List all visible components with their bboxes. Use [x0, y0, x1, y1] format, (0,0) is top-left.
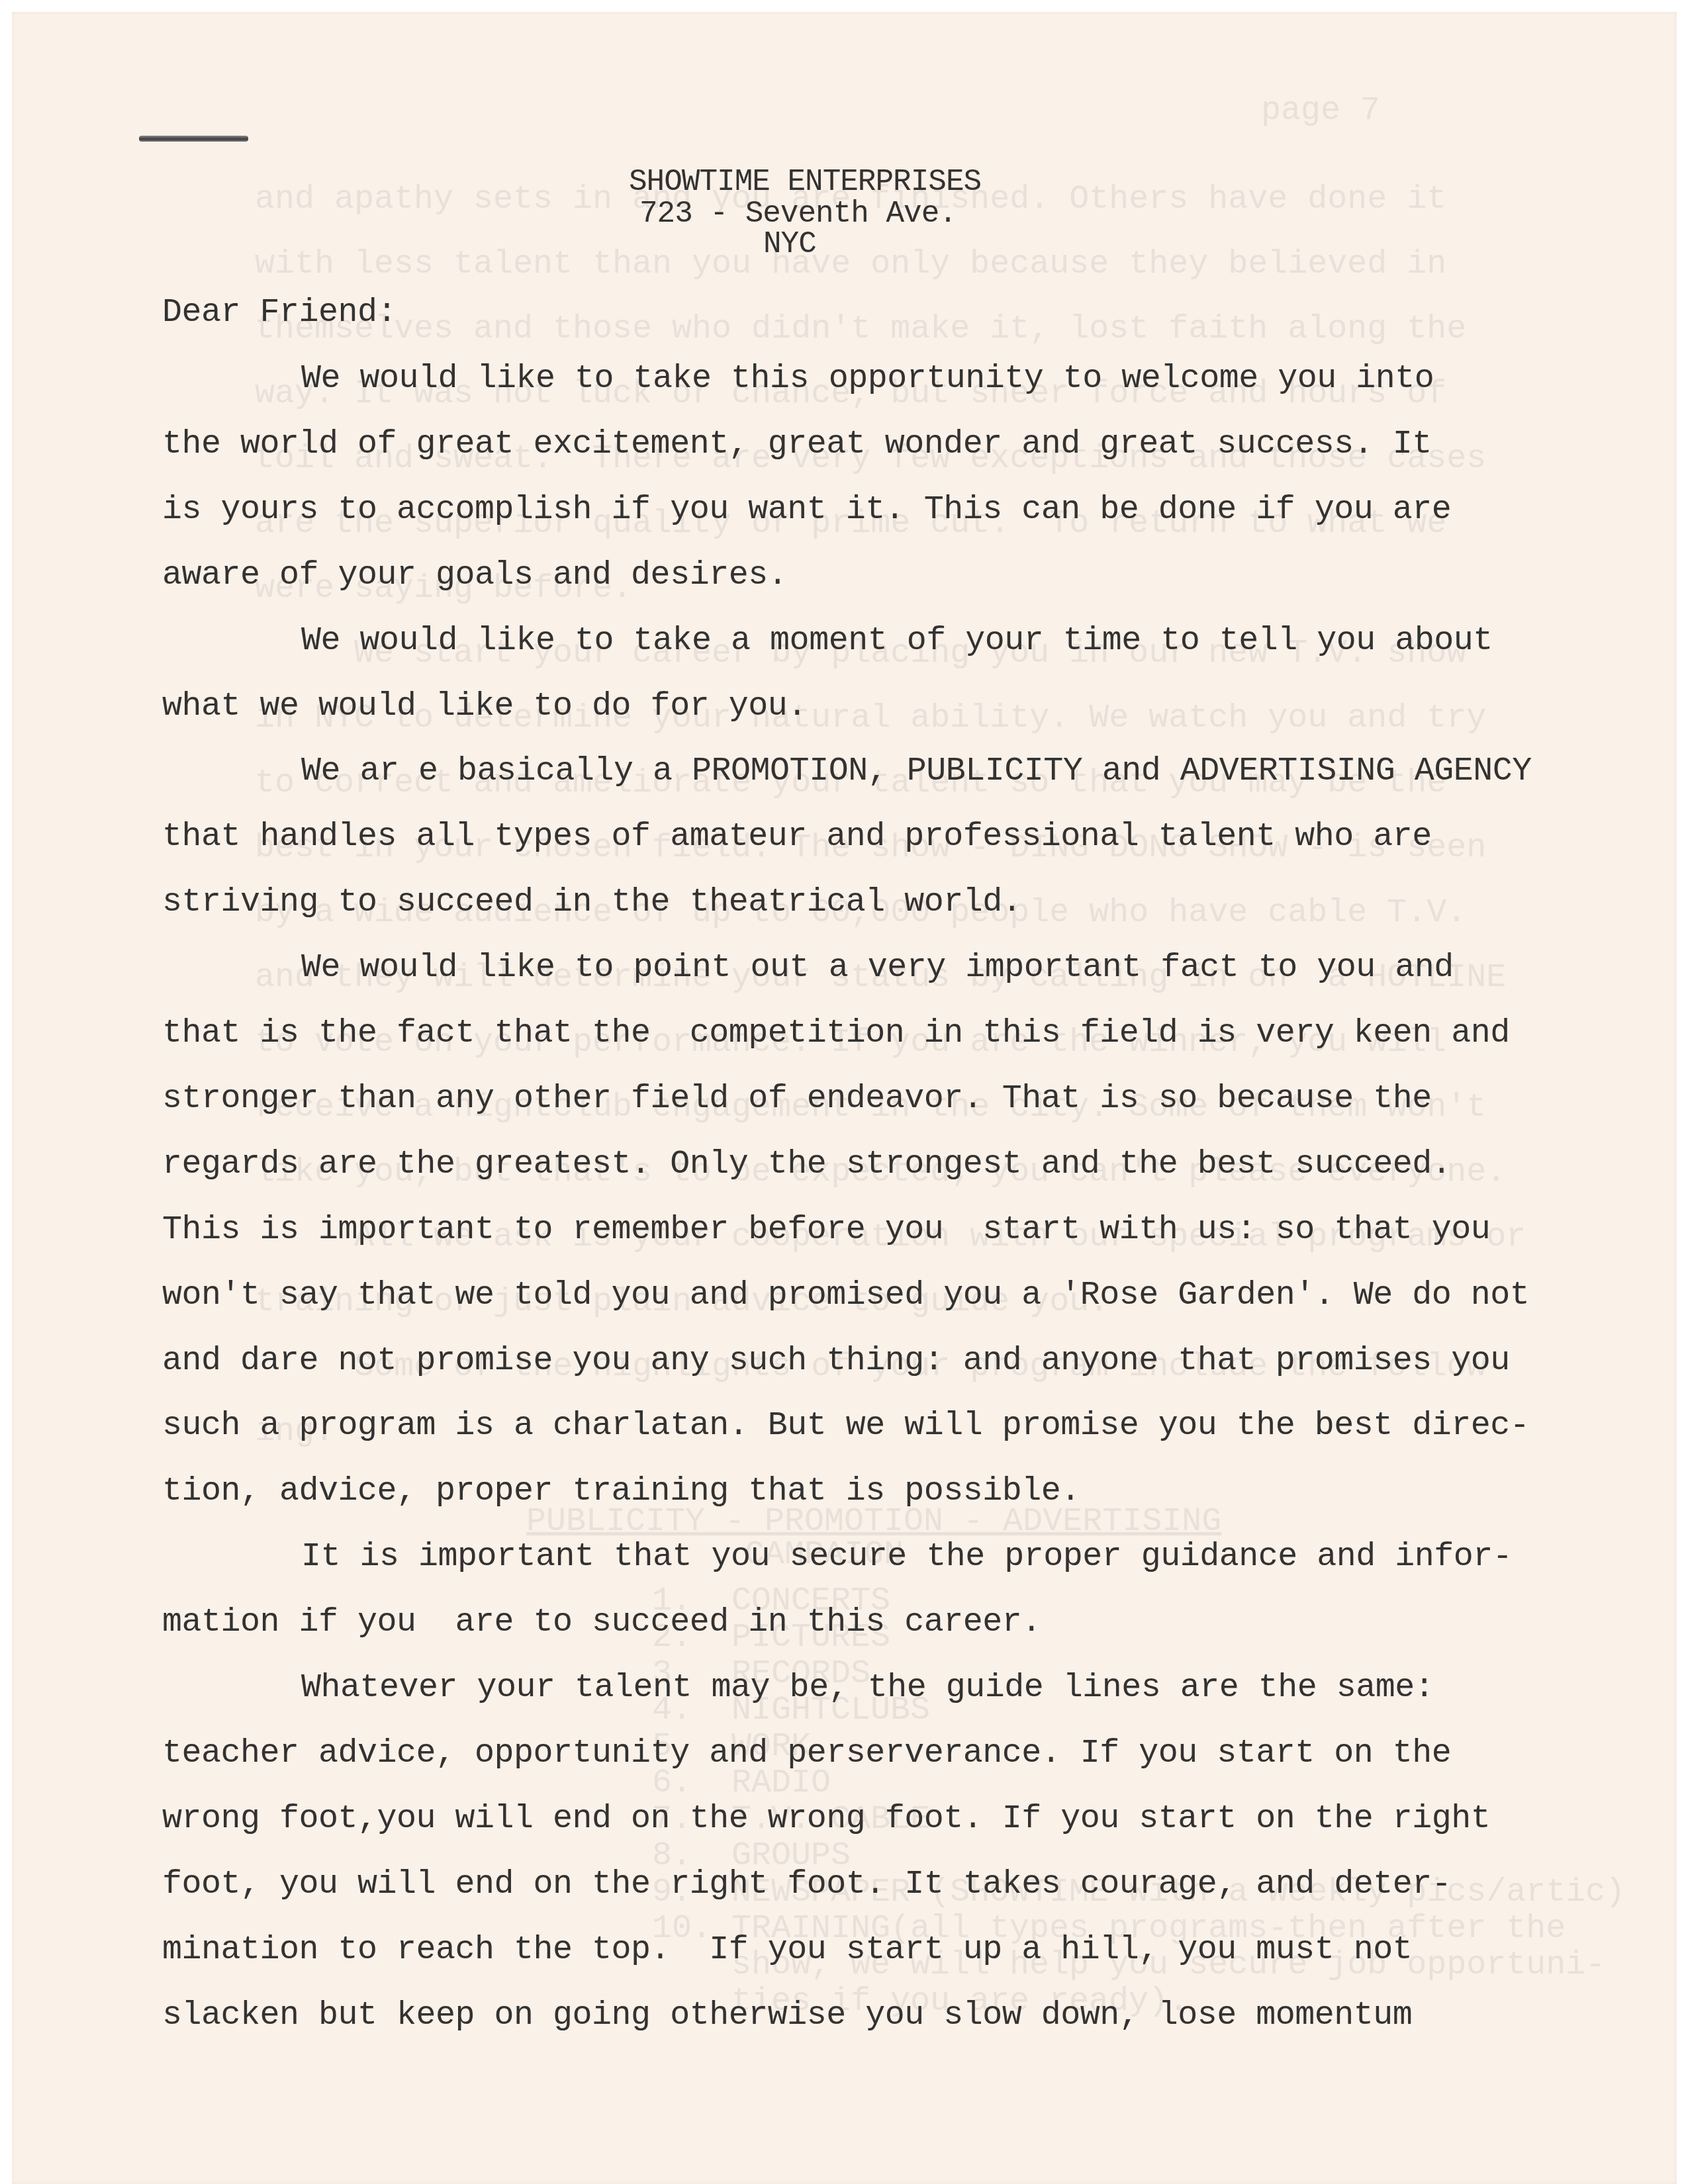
paragraph-6-line: slacken but keep on going otherwise you …	[162, 1999, 1412, 2032]
paragraph-5-line: It is important that you secure the prop…	[301, 1541, 1512, 1574]
paragraph-6-line: mination to reach the top. If you start …	[162, 1934, 1412, 1967]
paragraph-4-line: such a program is a charlatan. But we wi…	[162, 1410, 1529, 1443]
paragraph-3-line: striving to succeed in the theatrical wo…	[162, 886, 1021, 919]
paragraph-4-line: that is the fact that the competition in…	[162, 1017, 1510, 1050]
paragraph-4-line: and dare not promise you any such thing:…	[162, 1345, 1510, 1378]
show-through-line: themselves and those who didn't make it,…	[255, 296, 1466, 363]
paragraph-6-line: wrong foot,you will end on the wrong foo…	[162, 1803, 1490, 1836]
paragraph-4-line: This is important to remember before you…	[162, 1214, 1490, 1247]
letterhead-address: 723 - Seventh Ave.	[639, 199, 957, 229]
paragraph-1-line: We would like to take this opportunity t…	[301, 363, 1434, 396]
paragraph-6-line: foot, you will end on the right foot. It…	[162, 1868, 1451, 1901]
paragraph-2-line: what we would like to do for you.	[162, 690, 807, 723]
paragraph-4-line: regards are the greatest. Only the stron…	[162, 1148, 1451, 1181]
paragraph-5-line: mation if you are to succeed in this car…	[162, 1606, 1041, 1639]
paragraph-1-line: is yours to accomplish if you want it. T…	[162, 494, 1451, 527]
paragraph-4-line: We would like to point out a very import…	[301, 952, 1454, 985]
paragraph-1-line: aware of your goals and desires.	[162, 559, 787, 592]
paragraph-2-line: We would like to take a moment of your t…	[301, 625, 1493, 658]
paragraph-4-line: won't say that we told you and promised …	[162, 1279, 1529, 1312]
show-through-line: with less talent than you have only beca…	[255, 232, 1446, 298]
staple-mark	[139, 136, 248, 142]
paragraph-3-line: that handles all types of amateur and pr…	[162, 821, 1432, 854]
paragraph-1-line: the world of great excitement, great won…	[162, 428, 1432, 461]
paragraph-3-line: We ar e basically a PROMOTION, PUBLICITY…	[301, 755, 1532, 788]
paragraph-6-line: teacher advice, opportunity and perserve…	[162, 1737, 1451, 1770]
show-through-page-label: page 7	[1261, 78, 1380, 144]
paragraph-6-line: Whatever your talent may be, the guide l…	[301, 1672, 1434, 1705]
paragraph-4-line: stronger than any other field of endeavo…	[162, 1083, 1432, 1116]
salutation: Dear Friend:	[162, 296, 397, 330]
letterhead-company: SHOWTIME ENTERPRISES	[629, 167, 981, 197]
paragraph-4-line: tion, advice, proper training that is po…	[162, 1475, 1080, 1508]
letterhead-city: NYC	[763, 229, 816, 259]
